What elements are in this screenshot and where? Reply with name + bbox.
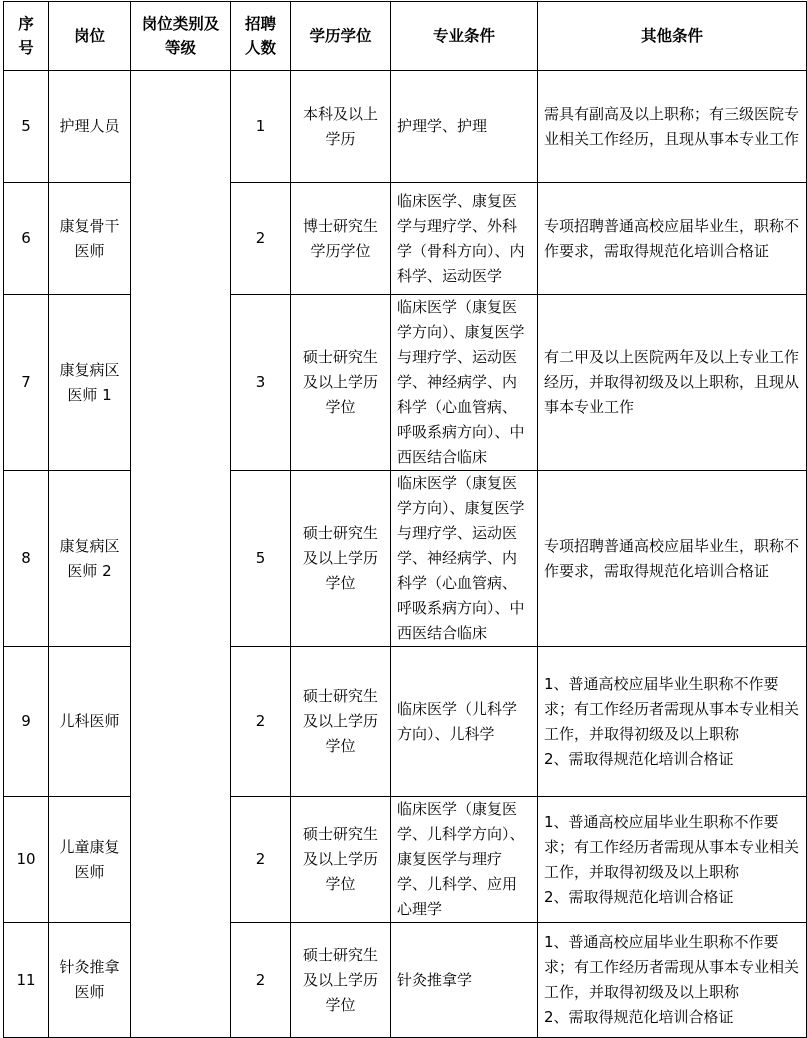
table-row: 11 针灸推拿 医师 2 硕士研究生 及以上学历 学位 针灸推拿学 1、普通高校… [4,923,807,1038]
cell-seq: 11 [4,923,49,1038]
cell-education: 硕士研究生 及以上学历 学位 [291,647,391,797]
cell-major: 针灸推拿学 [391,923,538,1038]
header-row: 序 号 岗位 岗位类别及 等级 招聘 人数 学历学位 专业条件 其他条件 [4,2,807,71]
cell-count: 2 [231,647,291,797]
cell-count: 3 [231,295,291,471]
cell-major: 临床医学（康复医学方向）、康复医学与理疗学、运动医学、神经病学、内科学（心血管病… [391,295,538,471]
cell-major: 护理学、护理 [391,71,538,183]
cell-education: 本科及以上 学历 [291,71,391,183]
cell-education: 硕士研究生 及以上学历 学位 [291,295,391,471]
cell-seq: 10 [4,797,49,923]
cell-major: 临床医学（康复医学、儿科学方向）、康复医学与理疗学、儿科学、应用心理学 [391,797,538,923]
cell-other: 1、普通高校应届毕业生职称不作要求；有工作经历者需现从事本专业相关工作，并取得初… [538,647,807,797]
cell-education: 硕士研究生 及以上学历 学位 [291,797,391,923]
cell-other: 需具有副高及以上职称；有三级医院专业相关工作经历，且现从事本专业工作 [538,71,807,183]
cell-post: 儿科医师 [49,647,131,797]
table-row: 6 康复骨干 医师 2 博士研究生 学历学位 临床医学、康复医学与理疗学、外科学… [4,183,807,295]
table-row: 7 康复病区 医师 1 3 硕士研究生 及以上学历 学位 临床医学（康复医学方向… [4,295,807,471]
header-seq: 序 号 [4,2,49,71]
cell-other: 有二甲及以上医院两年及以上专业工作经历，并取得初级及以上职称，且现从事本专业工作 [538,295,807,471]
cell-count: 2 [231,797,291,923]
cell-post: 康复病区 医师 1 [49,295,131,471]
cell-seq: 9 [4,647,49,797]
header-count: 招聘 人数 [231,2,291,71]
cell-other: 1、普通高校应届毕业生职称不作要求；有工作经历者需现从事本专业相关工作，并取得初… [538,923,807,1038]
table-row: 5 护理人员 1 本科及以上 学历 护理学、护理 需具有副高及以上职称；有三级医… [4,71,807,183]
cell-post: 针灸推拿 医师 [49,923,131,1038]
cell-other: 1、普通高校应届毕业生职称不作要求；有工作经历者需现从事本专业相关工作，并取得初… [538,797,807,923]
cell-education: 博士研究生 学历学位 [291,183,391,295]
header-major: 专业条件 [391,2,538,71]
cell-post: 儿童康复 医师 [49,797,131,923]
cell-seq: 7 [4,295,49,471]
cell-post: 康复病区 医师 2 [49,471,131,647]
cell-seq: 5 [4,71,49,183]
header-category: 岗位类别及 等级 [131,2,231,71]
header-post: 岗位 [49,2,131,71]
table-row: 8 康复病区 医师 2 5 硕士研究生 及以上学历 学位 临床医学（康复医学方向… [4,471,807,647]
cell-education: 硕士研究生 及以上学历 学位 [291,471,391,647]
table-row: 10 儿童康复 医师 2 硕士研究生 及以上学历 学位 临床医学（康复医学、儿科… [4,797,807,923]
header-other: 其他条件 [538,2,807,71]
cell-seq: 8 [4,471,49,647]
cell-post: 护理人员 [49,71,131,183]
cell-other: 专项招聘普通高校应届毕业生，职称不作要求，需取得规范化培训合格证 [538,471,807,647]
cell-major: 临床医学（儿科学方向）、儿科学 [391,647,538,797]
cell-other: 专项招聘普通高校应届毕业生，职称不作要求，需取得规范化培训合格证 [538,183,807,295]
cell-count: 5 [231,471,291,647]
cell-count: 2 [231,183,291,295]
cell-education: 硕士研究生 及以上学历 学位 [291,923,391,1038]
cell-post: 康复骨干 医师 [49,183,131,295]
header-education: 学历学位 [291,2,391,71]
cell-major: 临床医学（康复医学方向）、康复医学与理疗学、运动医学、神经病学、内科学（心血管病… [391,471,538,647]
cell-category-merged [131,71,231,1038]
cell-count: 1 [231,71,291,183]
cell-major: 临床医学、康复医学与理疗学、外科学（骨科方向）、内科学、运动医学 [391,183,538,295]
recruitment-table: 序 号 岗位 岗位类别及 等级 招聘 人数 学历学位 专业条件 其他条件 5 护… [3,1,807,1038]
cell-count: 2 [231,923,291,1038]
cell-seq: 6 [4,183,49,295]
table-row: 9 儿科医师 2 硕士研究生 及以上学历 学位 临床医学（儿科学方向）、儿科学 … [4,647,807,797]
